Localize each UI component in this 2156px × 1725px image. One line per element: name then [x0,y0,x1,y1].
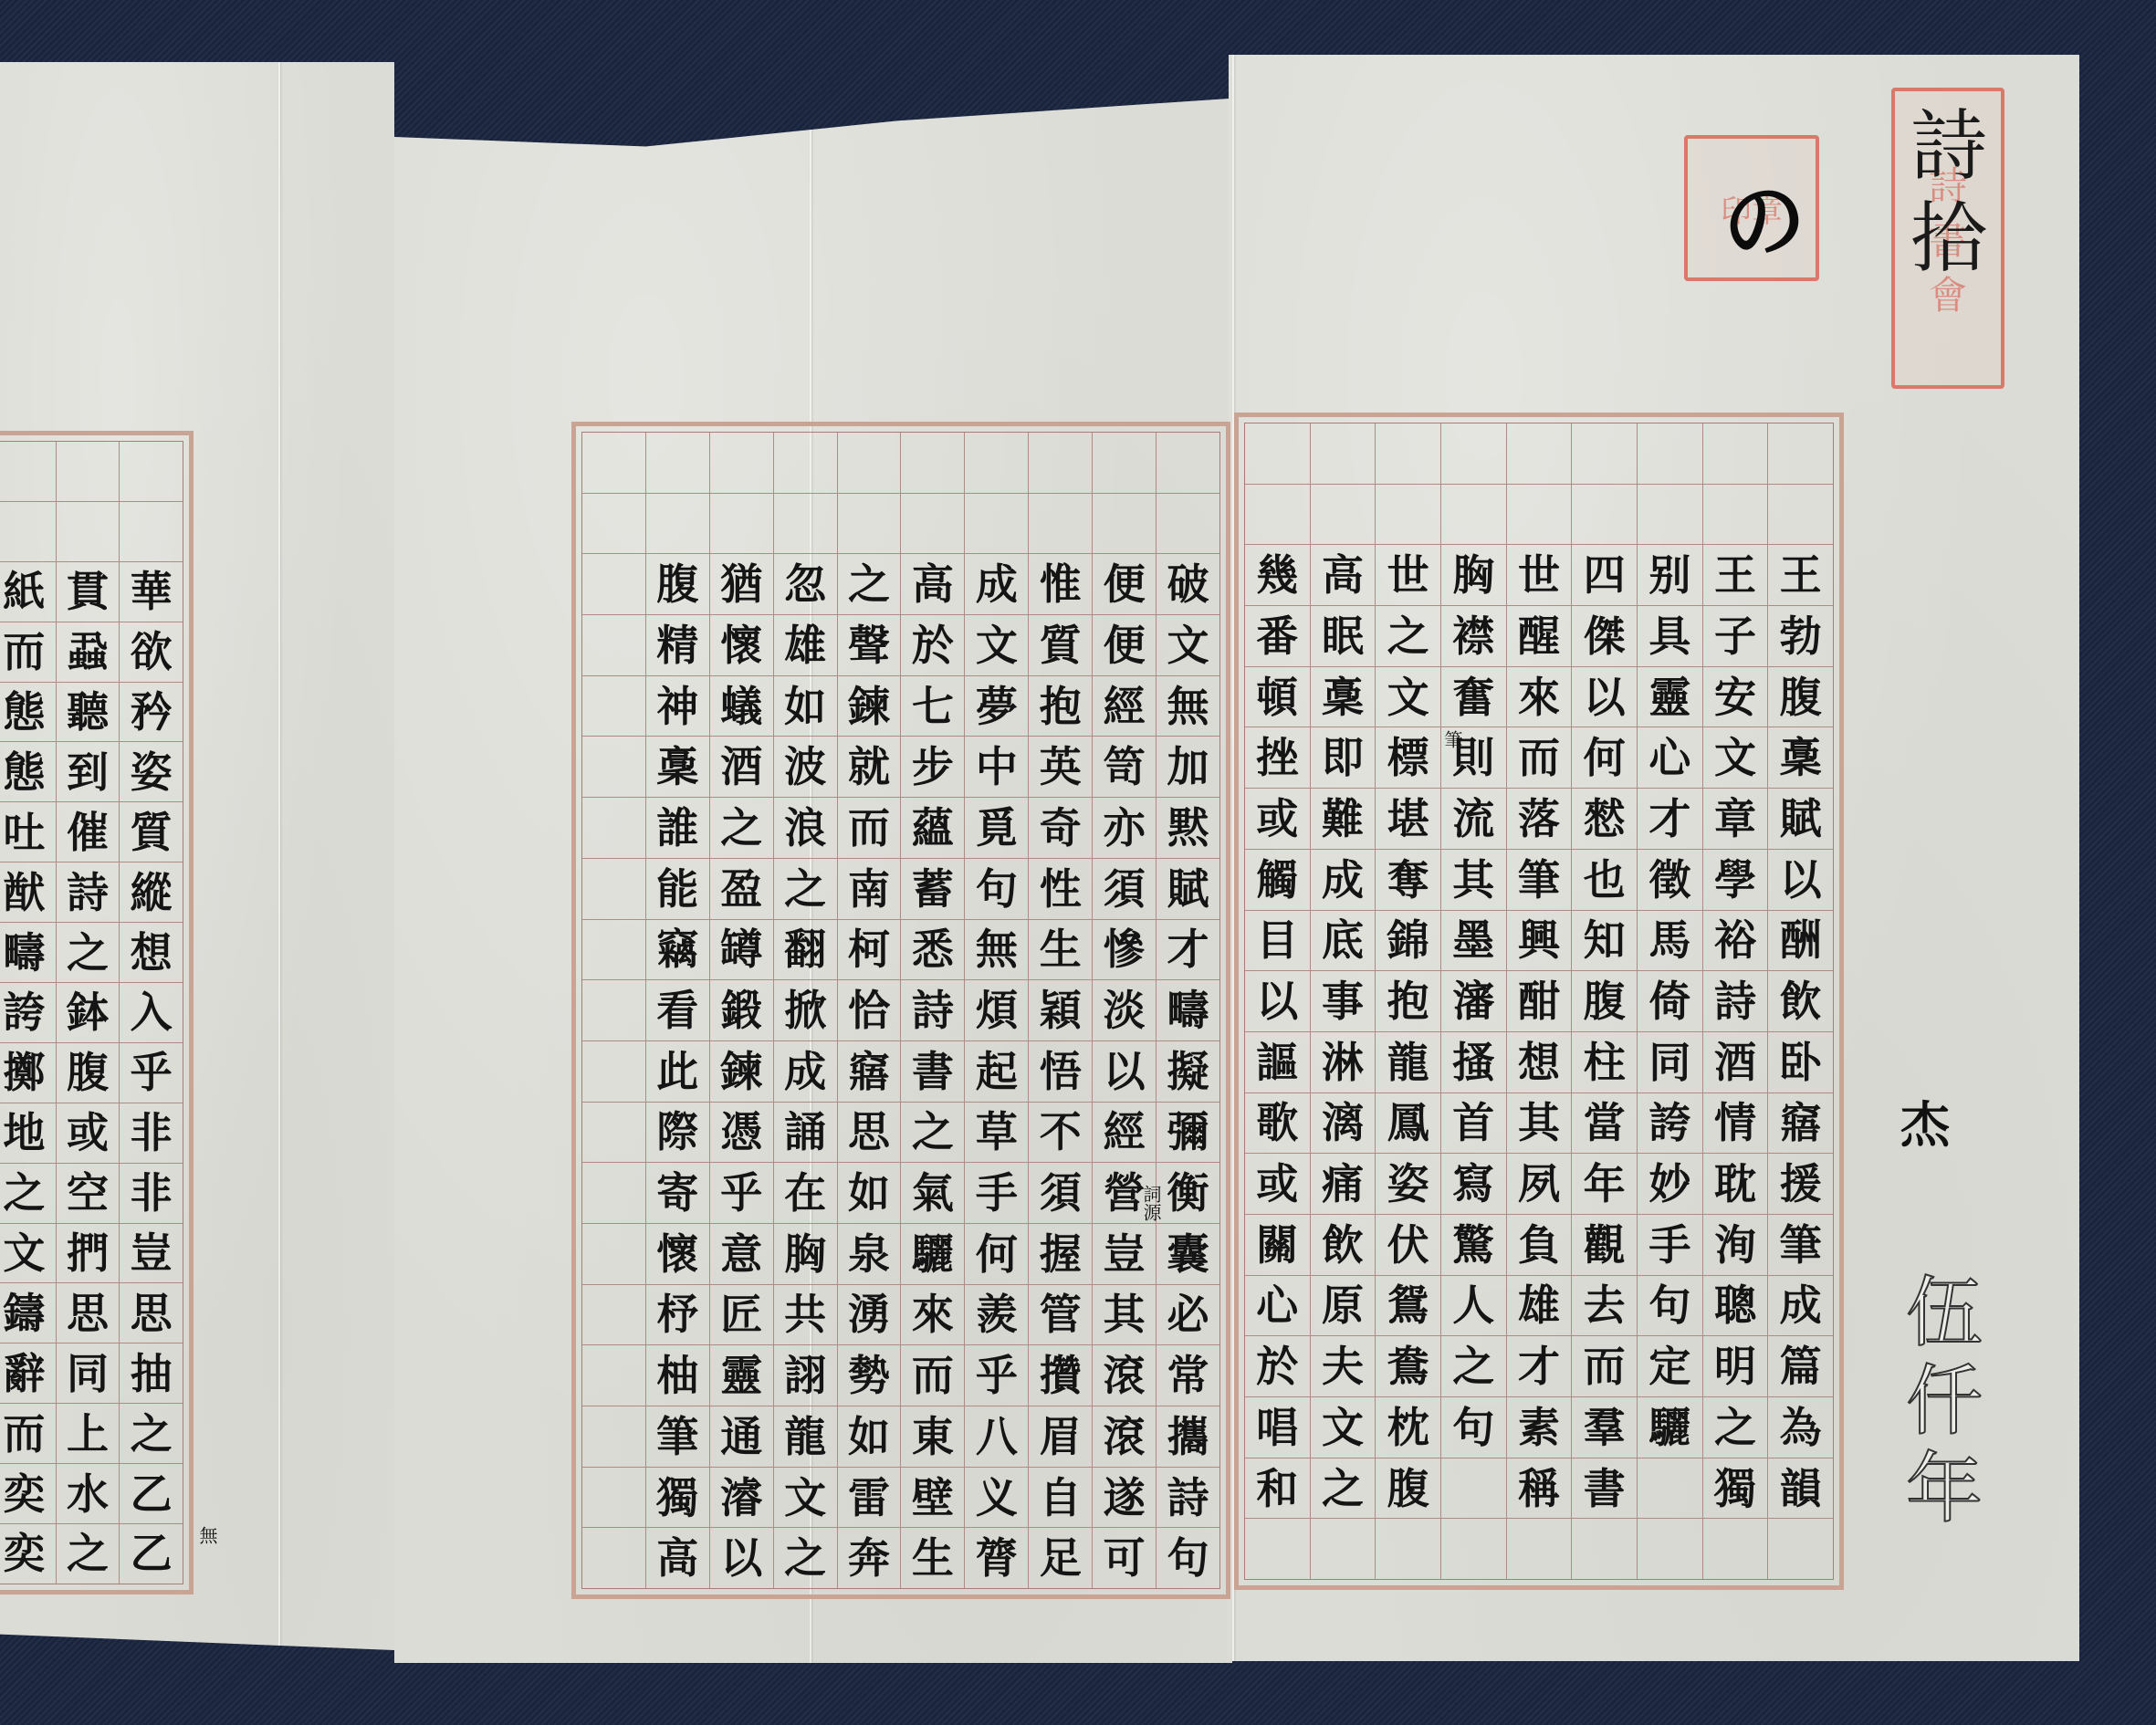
char-cell [582,494,645,555]
insert-note: 詞源 [1141,1185,1160,1221]
char-cell: 八 [965,1406,1028,1468]
char-cell [582,1103,645,1164]
char-cell: 文 [965,615,1028,676]
stamp-char: 仟 [1906,1357,1983,1446]
text-column: 幾番頓挫或觸目以謳歌或關心於唱和 [1245,423,1310,1579]
char-cell: 以 [1572,667,1637,728]
char-cell: 到 [57,742,120,802]
char-cell: 胸 [1441,545,1506,606]
char-cell: 之 [57,923,120,983]
char-cell: 乙 [120,1524,183,1584]
char-cell: 心 [1245,1276,1310,1337]
char-cell: 遂 [1093,1468,1156,1529]
char-cell: 勃 [1768,606,1833,667]
char-cell: 流 [1441,789,1506,850]
char-cell: 之 [710,798,773,859]
char-cell: 抽 [120,1343,183,1404]
char-cell: 猷 [0,862,56,923]
char-cell: 援 [1768,1154,1833,1215]
char-cell: 勢 [838,1345,901,1406]
char-cell: 觸 [1245,850,1310,911]
char-cell: 經 [1093,676,1156,737]
char-cell: 矜 [120,683,183,743]
char-cell: 文 [1311,1397,1376,1458]
char-cell [1703,1519,1768,1579]
char-cell: 情 [1703,1093,1768,1155]
char-cell [582,1468,645,1529]
char-cell: 抱 [1029,676,1092,737]
char-cell: 文 [1376,667,1440,728]
char-cell: 文 [774,1468,837,1529]
char-cell [582,433,645,494]
stamp-char: 年 [1906,1445,1983,1533]
char-cell: 稾 [1768,727,1833,789]
text-column: 華欲矜姿質縱想入乎非非豈思抽之乙乙 [119,442,183,1584]
char-cell: 以 [710,1528,773,1588]
char-cell [1572,1519,1637,1579]
char-cell: 態 [0,742,56,802]
char-cell: 句 [1638,1276,1702,1337]
char-cell: 首 [1441,1093,1506,1155]
char-cell: 何 [1572,727,1637,789]
char-cell: 波 [774,737,837,798]
char-cell: 難 [1311,789,1376,850]
char-cell: 觀 [1572,1215,1637,1276]
char-cell: 酒 [1703,1032,1768,1093]
char-cell: 飲 [1311,1215,1376,1276]
char-cell: 洵 [1703,1215,1768,1276]
char-cell: 龍 [774,1406,837,1468]
char-cell [582,1041,645,1103]
char-cell: 鍊 [710,1041,773,1103]
char-cell: 明 [1703,1336,1768,1397]
char-cell: 惟 [1029,554,1092,615]
char-cell: 章 [1703,789,1768,850]
char-cell: 疇 [1156,980,1219,1041]
char-cell: 蘊 [901,798,964,859]
char-cell [120,442,183,502]
char-cell: 捫 [57,1224,120,1284]
char-cell [965,494,1028,555]
char-cell: 歌 [1245,1093,1310,1155]
char-cell: 須 [1093,859,1156,920]
char-cell: 亦 [1093,798,1156,859]
char-cell: 標 [1376,727,1440,789]
char-cell: 乎 [965,1345,1028,1406]
char-cell: 非 [120,1164,183,1224]
char-cell: 龍 [1376,1032,1440,1093]
char-cell: 關 [1245,1215,1310,1276]
char-cell: 常 [1156,1345,1219,1406]
char-cell [1029,433,1092,494]
char-cell: 奮 [1441,667,1506,728]
text-column: 猶懷蟻酒之盈罇鍛鍊憑乎意匠靈通濬以 [709,433,773,1588]
char-cell: 悉 [901,920,964,981]
char-cell: 此 [646,1041,709,1103]
char-cell: 握 [1029,1224,1092,1285]
char-cell: 生 [901,1528,964,1588]
char-cell: 胸 [774,1224,837,1285]
char-cell: 句 [965,859,1028,920]
char-cell: 驪 [901,1224,964,1285]
char-cell: 羣 [1572,1397,1637,1458]
char-cell: 眉 [1029,1406,1092,1468]
char-cell [901,494,964,555]
text-column: 王勃腹稾賦以酬飲卧窹援筆成篇為韻 [1767,423,1833,1579]
char-cell: 目 [1245,911,1310,972]
char-cell: 精 [646,615,709,676]
char-cell: 共 [774,1285,837,1346]
char-cell: 乎 [120,1043,183,1103]
char-cell [1093,433,1156,494]
char-cell [120,502,183,562]
char-cell: 思 [57,1283,120,1343]
char-cell: 詡 [774,1345,837,1406]
char-cell: 酒 [710,737,773,798]
char-cell: 南 [838,859,901,920]
char-cell: 瀋 [1441,971,1506,1032]
char-cell: 腹 [57,1043,120,1103]
char-cell: 誇 [0,983,56,1043]
char-cell: 浪 [774,798,837,859]
char-cell [710,494,773,555]
char-cell [1638,1458,1702,1520]
char-cell [1376,423,1440,485]
char-cell: 賦 [1768,789,1833,850]
right-text-grid: 王勃腹稾賦以酬飲卧窹援筆成篇為韻王子安文章學裕詩酒情耽洵聰明之獨别具靈心才徵馬倚… [1244,423,1834,1580]
char-cell: 才 [1156,920,1219,981]
char-cell: 便 [1093,615,1156,676]
char-cell: 羨 [965,1285,1028,1346]
char-cell: 文 [1703,727,1768,789]
char-cell: 筆 [1507,850,1572,911]
char-cell [1441,1519,1506,1579]
char-cell: 水 [57,1464,120,1524]
char-cell: 為 [1768,1397,1833,1458]
char-cell: 獨 [1703,1458,1768,1520]
text-column: 之聲鍊就而南柯恰窹思如泉湧勢如雷奔 [837,433,901,1588]
label-char: 拾 [1910,193,1987,285]
char-cell: 王 [1768,545,1833,606]
char-cell: 滾 [1093,1406,1156,1468]
char-cell: 來 [901,1285,964,1346]
char-cell: 思 [838,1103,901,1164]
left-text-grid: 華欲矜姿質縱想入乎非非豈思抽之乙乙貫蝨聽到催詩之鉢腹或空捫思同上水之紙而態態吐猷… [0,441,183,1584]
char-cell: 無 [965,920,1028,981]
char-cell: 唱 [1245,1397,1310,1458]
char-cell [582,737,645,798]
char-cell: 之 [1311,1458,1376,1520]
char-cell: 當 [1572,1093,1637,1155]
char-cell: 子 [1703,606,1768,667]
char-cell [838,494,901,555]
char-cell [582,1406,645,1468]
char-cell: 卧 [1768,1032,1833,1093]
char-cell: 徵 [1638,850,1702,911]
char-cell [1156,494,1219,555]
char-cell: 飲 [1768,971,1833,1032]
char-cell: 思 [120,1283,183,1343]
char-cell: 成 [774,1041,837,1103]
char-cell [1245,485,1310,546]
char-cell: 翻 [774,920,837,981]
char-cell: 憑 [710,1103,773,1164]
char-cell: 高 [1311,545,1376,606]
char-cell: 之 [1703,1397,1768,1458]
char-cell: 謳 [1245,1032,1310,1093]
char-cell: 七 [901,676,964,737]
label-char: 詩 [1910,100,1987,193]
char-cell: 裕 [1703,911,1768,972]
char-cell: 稾 [646,737,709,798]
char-cell: 學 [1703,850,1768,911]
char-cell: 自 [1029,1468,1092,1529]
char-cell: 之 [1376,606,1440,667]
char-cell: 鳳 [1376,1093,1440,1155]
char-cell: 靈 [1638,667,1702,728]
char-cell: 年 [1572,1154,1637,1215]
char-cell: 賦 [1156,859,1219,920]
char-cell [0,442,56,502]
char-cell: 入 [120,983,183,1043]
text-column: 破文無加黙賦才疇擬彌衡囊必常攜詩句 [1156,433,1219,1588]
char-cell: 鴛 [1376,1276,1440,1337]
char-cell: 别 [1638,545,1702,606]
char-cell [1768,423,1833,485]
char-cell: 錦 [1376,911,1440,972]
char-cell: 質 [1029,615,1092,676]
char-cell: 其 [1441,850,1506,911]
char-cell: 中 [965,737,1028,798]
char-cell: 上 [57,1404,120,1464]
margin-note: 杰 [1900,1086,1950,1156]
char-cell: 貫 [57,562,120,622]
char-cell: 句 [1156,1528,1219,1588]
char-cell: 知 [1572,911,1637,972]
char-cell: 句 [1441,1397,1506,1458]
char-cell: 罇 [710,920,773,981]
char-cell: 彌 [1156,1103,1219,1164]
char-cell [582,1345,645,1406]
char-cell: 王 [1703,545,1768,606]
char-cell: 疇 [0,923,56,983]
char-cell: 質 [120,802,183,862]
char-cell: 同 [1638,1032,1702,1093]
char-cell: 以 [1093,1041,1156,1103]
char-cell: 猶 [710,554,773,615]
char-cell: 非 [120,1103,183,1164]
char-cell: 成 [1768,1276,1833,1337]
char-cell: 誦 [774,1103,837,1164]
char-cell: 詩 [901,980,964,1041]
char-cell: 也 [1572,850,1637,911]
insert-note: 無 [197,1526,216,1544]
char-cell: 起 [965,1041,1028,1103]
text-column: 高於七步蘊蓄悉詩書之氣驪來而東壁生 [900,433,964,1588]
char-cell: 壁 [901,1468,964,1529]
char-cell: 乙 [120,1464,183,1524]
char-cell [582,676,645,737]
char-cell [1703,485,1768,546]
char-cell: 如 [838,1406,901,1468]
char-cell: 靈 [710,1345,773,1406]
char-cell: 腹 [646,554,709,615]
char-cell: 而 [1507,727,1572,789]
char-cell: 之 [774,1528,837,1588]
char-cell [1507,423,1572,485]
char-cell: 四 [1572,545,1637,606]
char-cell: 腹 [1768,667,1833,728]
char-cell: 興 [1507,911,1572,972]
char-cell [1311,485,1376,546]
char-cell: 誇 [1638,1093,1702,1155]
text-column: 世醒來而落筆興酣想其夙負雄才素稱 [1506,423,1572,1579]
char-cell: 而 [0,622,56,683]
char-cell: 華 [120,562,183,622]
char-cell: 其 [1093,1285,1156,1346]
char-cell [710,433,773,494]
stamp-char: 伍 [1906,1269,1983,1357]
char-cell: 來 [1507,667,1572,728]
char-cell: 雷 [838,1468,901,1529]
char-cell: 定 [1638,1336,1702,1397]
char-cell: 恰 [838,980,901,1041]
char-cell: 人 [1441,1276,1506,1337]
char-cell: 詩 [1156,1468,1219,1529]
year-stamp: 伍 仟 年 [1908,1269,1981,1533]
char-cell: 破 [1156,554,1219,615]
char-cell: 雄 [774,615,837,676]
char-cell: 掀 [774,980,837,1041]
char-cell: 盈 [710,859,773,920]
char-cell: 負 [1507,1215,1572,1276]
char-cell: 豈 [1093,1224,1156,1285]
char-cell: 蓄 [901,859,964,920]
char-cell [1638,423,1702,485]
char-cell: 淋 [1311,1032,1376,1093]
text-column: 忽雄如波浪之翻掀成誦在胸共詡龍文之 [773,433,837,1588]
char-cell: 底 [1311,911,1376,972]
char-cell: 懷 [646,1224,709,1285]
char-cell: 悟 [1029,1041,1092,1103]
char-cell [1441,423,1506,485]
char-cell: 泉 [838,1224,901,1285]
char-cell: 穎 [1029,980,1092,1041]
char-cell: 番 [1245,606,1310,667]
char-cell: 寄 [646,1163,709,1224]
char-cell [901,433,964,494]
char-cell: 頓 [1245,667,1310,728]
char-cell [1703,423,1768,485]
char-cell: 腹 [1376,1458,1440,1520]
char-cell: 於 [1245,1336,1310,1397]
char-cell: 高 [646,1528,709,1588]
char-cell: 蟻 [710,676,773,737]
char-cell: 催 [57,802,120,862]
char-cell [57,442,120,502]
char-cell: 成 [1311,850,1376,911]
text-column [582,433,645,1588]
char-cell [1156,433,1219,494]
char-cell: 慘 [1093,920,1156,981]
char-cell: 如 [838,1163,901,1224]
char-cell: 安 [1703,667,1768,728]
char-cell: 搔 [1441,1032,1506,1093]
char-cell [1441,1458,1506,1520]
char-cell: 便 [1093,554,1156,615]
char-cell: 耽 [1703,1154,1768,1215]
char-cell: 笥 [1093,737,1156,798]
char-cell: 堪 [1376,789,1440,850]
char-cell [1093,494,1156,555]
char-cell [1311,423,1376,485]
char-cell: 竊 [646,920,709,981]
char-cell: 而 [1572,1336,1637,1397]
char-cell [1768,485,1833,546]
char-cell [1572,485,1637,546]
char-cell: 匠 [710,1285,773,1346]
char-cell: 驪 [1638,1397,1702,1458]
char-cell: 或 [1245,789,1310,850]
char-cell: 須 [1029,1163,1092,1224]
char-cell: 事 [1311,971,1376,1032]
char-cell: 淡 [1093,980,1156,1041]
text-column: 便便經笥亦須慘淡以經營豈其滾滾遂可 [1092,433,1156,1588]
char-cell [1311,1519,1376,1579]
char-cell: 縱 [120,862,183,923]
text-column: 高眠稾即難成底事淋漓痛飲原夫文之 [1310,423,1376,1579]
char-cell [582,859,645,920]
char-cell: 奕 [0,1464,56,1524]
char-cell: 濬 [710,1468,773,1529]
char-cell: 痛 [1311,1154,1376,1215]
char-cell [582,980,645,1041]
char-cell: 擲 [0,1043,56,1103]
char-cell: 筆 [646,1406,709,1468]
char-cell: 看 [646,980,709,1041]
char-cell: 柱 [1572,1032,1637,1093]
char-cell: 態 [0,683,56,743]
text-column: 胸襟奮則流其墨瀋搔首寫驚人之句 [1440,423,1506,1579]
char-cell [1768,1519,1833,1579]
char-cell: 如 [774,676,837,737]
char-cell: 奇 [1029,798,1092,859]
char-cell: 世 [1376,545,1440,606]
char-cell: 柚 [646,1345,709,1406]
char-cell: 柯 [838,920,901,981]
char-cell: 鍊 [838,676,901,737]
char-cell: 手 [965,1163,1028,1224]
char-cell: 篇 [1768,1336,1833,1397]
char-cell: 在 [774,1163,837,1224]
char-cell: 韻 [1768,1458,1833,1520]
text-column: 世之文標堪奪錦抱龍鳳姿伏鴛鴦枕腹 [1375,423,1440,1579]
char-cell: 幾 [1245,545,1310,606]
char-cell: 攢 [1029,1345,1092,1406]
char-cell: 蝨 [57,622,120,683]
char-cell: 聲 [838,615,901,676]
char-cell [57,502,120,562]
char-cell: 雄 [1507,1276,1572,1337]
char-cell: 聽 [57,683,120,743]
char-cell: 神 [646,676,709,737]
char-cell: 想 [120,923,183,983]
text-column: 四傑以何憖也知腹柱當年觀去而羣書 [1571,423,1637,1579]
text-column: 成文夢中覓句無煩起草手何羨乎八义膂 [964,433,1028,1588]
char-cell [582,798,645,859]
char-cell: 其 [1507,1093,1572,1155]
char-cell [582,1163,645,1224]
